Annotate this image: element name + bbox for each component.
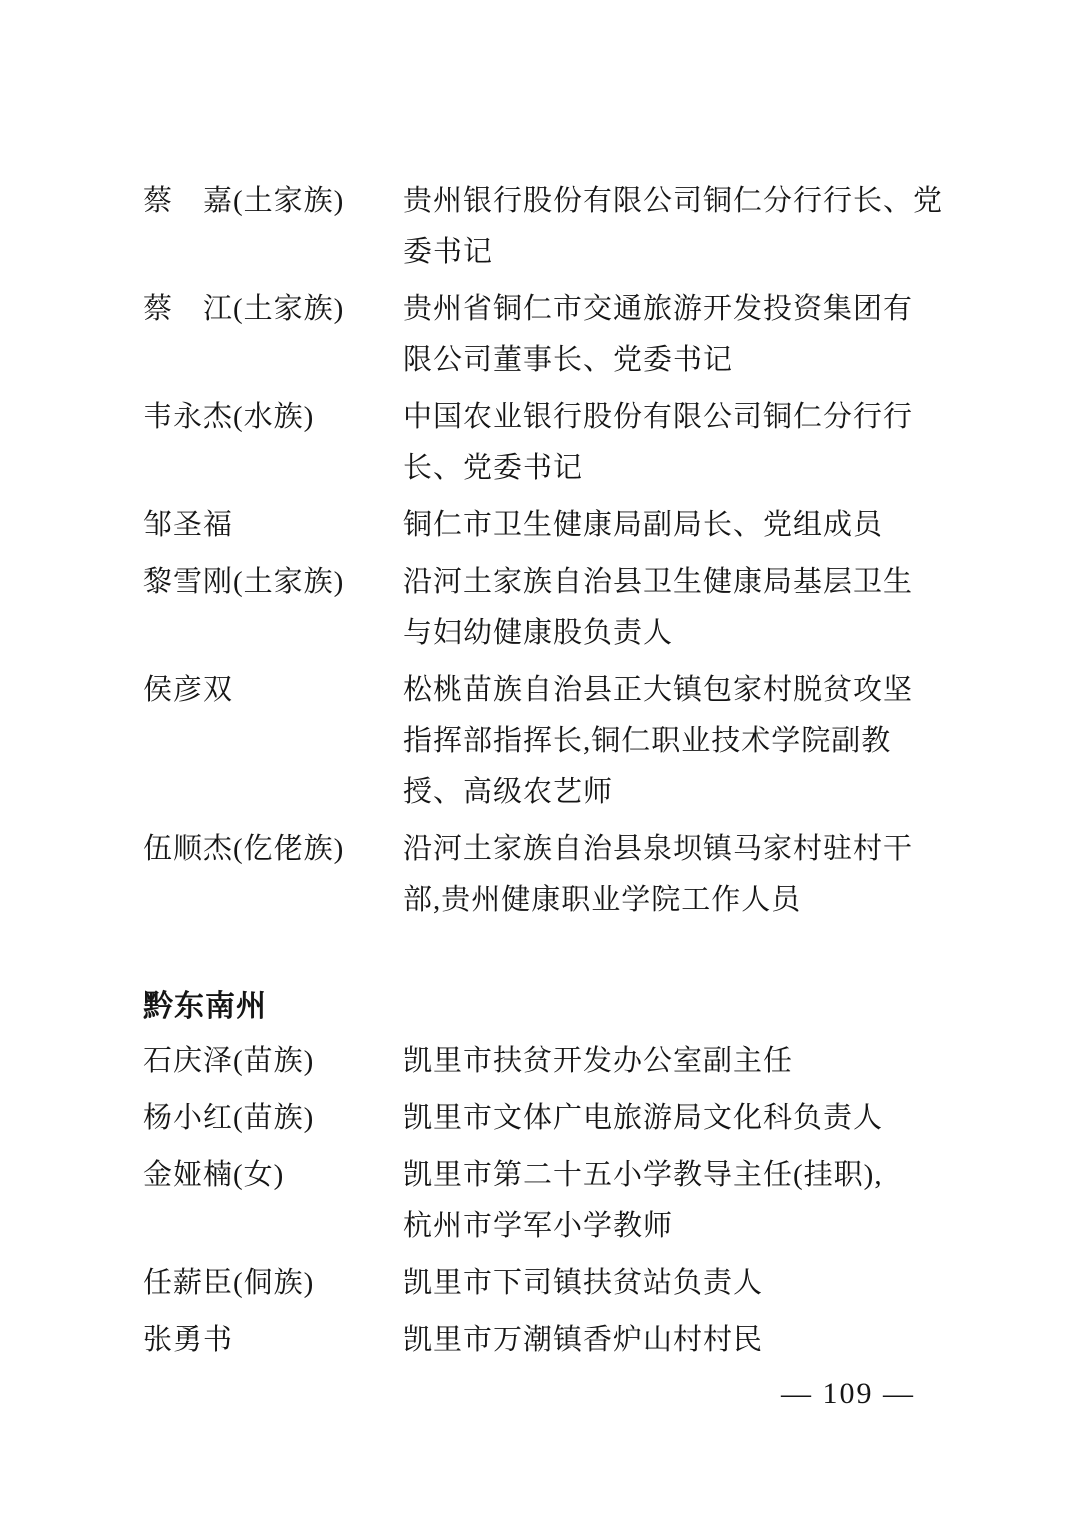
title-line: 杭州市学军小学教师 bbox=[403, 1201, 963, 1252]
title-line: 授、高级农艺师 bbox=[403, 767, 963, 818]
title-line: 中国农业银行股份有限公司铜仁分行行 bbox=[403, 392, 963, 443]
title-line: 凯里市下司镇扶贫站负责人 bbox=[403, 1258, 963, 1309]
roster-entry: 伍顺杰(仡佬族) 沿河土家族自治县泉坝镇马家村驻村干部,贵州健康职业学院工作人员 bbox=[143, 824, 963, 926]
entry-name: 蔡 嘉(土家族) bbox=[143, 176, 403, 227]
roster-entry: 石庆泽(苗族) 凯里市扶贫开发办公室副主任 bbox=[143, 1036, 963, 1087]
entry-titles: 贵州省铜仁市交通旅游开发投资集团有限公司董事长、党委书记 bbox=[403, 284, 963, 386]
title-line: 松桃苗族自治县正大镇包家村脱贫攻坚 bbox=[403, 665, 963, 716]
entry-titles: 凯里市万潮镇香炉山村村民 bbox=[403, 1315, 963, 1366]
title-line: 限公司董事长、党委书记 bbox=[403, 335, 963, 386]
roster: 蔡 嘉(土家族) 贵州银行股份有限公司铜仁分行行长、党委书记 蔡 江(土家族) … bbox=[143, 176, 963, 1366]
entry-name: 邹圣福 bbox=[143, 500, 403, 551]
entry-name: 金娅楠(女) bbox=[143, 1150, 403, 1201]
entry-name: 黎雪刚(土家族) bbox=[143, 557, 403, 608]
entry-name: 石庆泽(苗族) bbox=[143, 1036, 403, 1087]
entry-titles: 松桃苗族自治县正大镇包家村脱贫攻坚指挥部指挥长,铜仁职业技术学院副教授、高级农艺… bbox=[403, 665, 963, 818]
roster-entry: 任薪臣(侗族) 凯里市下司镇扶贫站负责人 bbox=[143, 1258, 963, 1309]
section-heading: 黔东南州 bbox=[143, 981, 963, 1032]
title-line: 部,贵州健康职业学院工作人员 bbox=[403, 875, 963, 926]
entry-titles: 凯里市下司镇扶贫站负责人 bbox=[403, 1258, 963, 1309]
entry-titles: 铜仁市卫生健康局副局长、党组成员 bbox=[403, 500, 963, 551]
entry-name: 伍顺杰(仡佬族) bbox=[143, 824, 403, 875]
title-line: 委书记 bbox=[403, 227, 963, 278]
entry-name: 蔡 江(土家族) bbox=[143, 284, 403, 335]
entry-name: 侯彦双 bbox=[143, 665, 403, 716]
page-number: — 109 — bbox=[143, 1372, 1080, 1416]
title-line: 贵州银行股份有限公司铜仁分行行长、党 bbox=[403, 176, 963, 227]
entry-titles: 凯里市扶贫开发办公室副主任 bbox=[403, 1036, 963, 1087]
title-line: 沿河土家族自治县泉坝镇马家村驻村干 bbox=[403, 824, 963, 875]
title-line: 凯里市扶贫开发办公室副主任 bbox=[403, 1036, 963, 1087]
entry-name: 张勇书 bbox=[143, 1315, 403, 1366]
roster-entry: 蔡 嘉(土家族) 贵州银行股份有限公司铜仁分行行长、党委书记 bbox=[143, 176, 963, 278]
roster-section: 蔡 嘉(土家族) 贵州银行股份有限公司铜仁分行行长、党委书记 蔡 江(土家族) … bbox=[143, 176, 963, 926]
title-line: 沿河土家族自治县卫生健康局基层卫生 bbox=[403, 557, 963, 608]
entry-titles: 凯里市文体广电旅游局文化科负责人 bbox=[403, 1093, 963, 1144]
entry-titles: 沿河土家族自治县泉坝镇马家村驻村干部,贵州健康职业学院工作人员 bbox=[403, 824, 963, 926]
title-line: 贵州省铜仁市交通旅游开发投资集团有 bbox=[403, 284, 963, 335]
entry-name: 杨小红(苗族) bbox=[143, 1093, 403, 1144]
title-line: 与妇幼健康股负责人 bbox=[403, 608, 963, 659]
entry-titles: 中国农业银行股份有限公司铜仁分行行长、党委书记 bbox=[403, 392, 963, 494]
roster-section: 黔东南州 石庆泽(苗族) 凯里市扶贫开发办公室副主任 杨小红(苗族) 凯里市文体… bbox=[143, 981, 963, 1366]
title-line: 凯里市万潮镇香炉山村村民 bbox=[403, 1315, 963, 1366]
document-page: 蔡 嘉(土家族) 贵州银行股份有限公司铜仁分行行长、党委书记 蔡 江(土家族) … bbox=[0, 0, 1080, 1527]
entry-name: 韦永杰(水族) bbox=[143, 392, 403, 443]
entry-name: 任薪臣(侗族) bbox=[143, 1258, 403, 1309]
roster-entry: 张勇书 凯里市万潮镇香炉山村村民 bbox=[143, 1315, 963, 1366]
title-line: 凯里市文体广电旅游局文化科负责人 bbox=[403, 1093, 963, 1144]
title-line: 凯里市第二十五小学教导主任(挂职), bbox=[403, 1150, 963, 1201]
title-line: 指挥部指挥长,铜仁职业技术学院副教 bbox=[403, 716, 963, 767]
title-line: 铜仁市卫生健康局副局长、党组成员 bbox=[403, 500, 963, 551]
title-line: 长、党委书记 bbox=[403, 443, 963, 494]
roster-entry: 金娅楠(女) 凯里市第二十五小学教导主任(挂职),杭州市学军小学教师 bbox=[143, 1150, 963, 1252]
roster-entry: 韦永杰(水族) 中国农业银行股份有限公司铜仁分行行长、党委书记 bbox=[143, 392, 963, 494]
roster-entry: 蔡 江(土家族) 贵州省铜仁市交通旅游开发投资集团有限公司董事长、党委书记 bbox=[143, 284, 963, 386]
roster-entry: 邹圣福 铜仁市卫生健康局副局长、党组成员 bbox=[143, 500, 963, 551]
roster-entry: 黎雪刚(土家族) 沿河土家族自治县卫生健康局基层卫生与妇幼健康股负责人 bbox=[143, 557, 963, 659]
entry-titles: 沿河土家族自治县卫生健康局基层卫生与妇幼健康股负责人 bbox=[403, 557, 963, 659]
roster-entry: 侯彦双 松桃苗族自治县正大镇包家村脱贫攻坚指挥部指挥长,铜仁职业技术学院副教授、… bbox=[143, 665, 963, 818]
entry-titles: 贵州银行股份有限公司铜仁分行行长、党委书记 bbox=[403, 176, 963, 278]
entry-titles: 凯里市第二十五小学教导主任(挂职),杭州市学军小学教师 bbox=[403, 1150, 963, 1252]
roster-entry: 杨小红(苗族) 凯里市文体广电旅游局文化科负责人 bbox=[143, 1093, 963, 1144]
